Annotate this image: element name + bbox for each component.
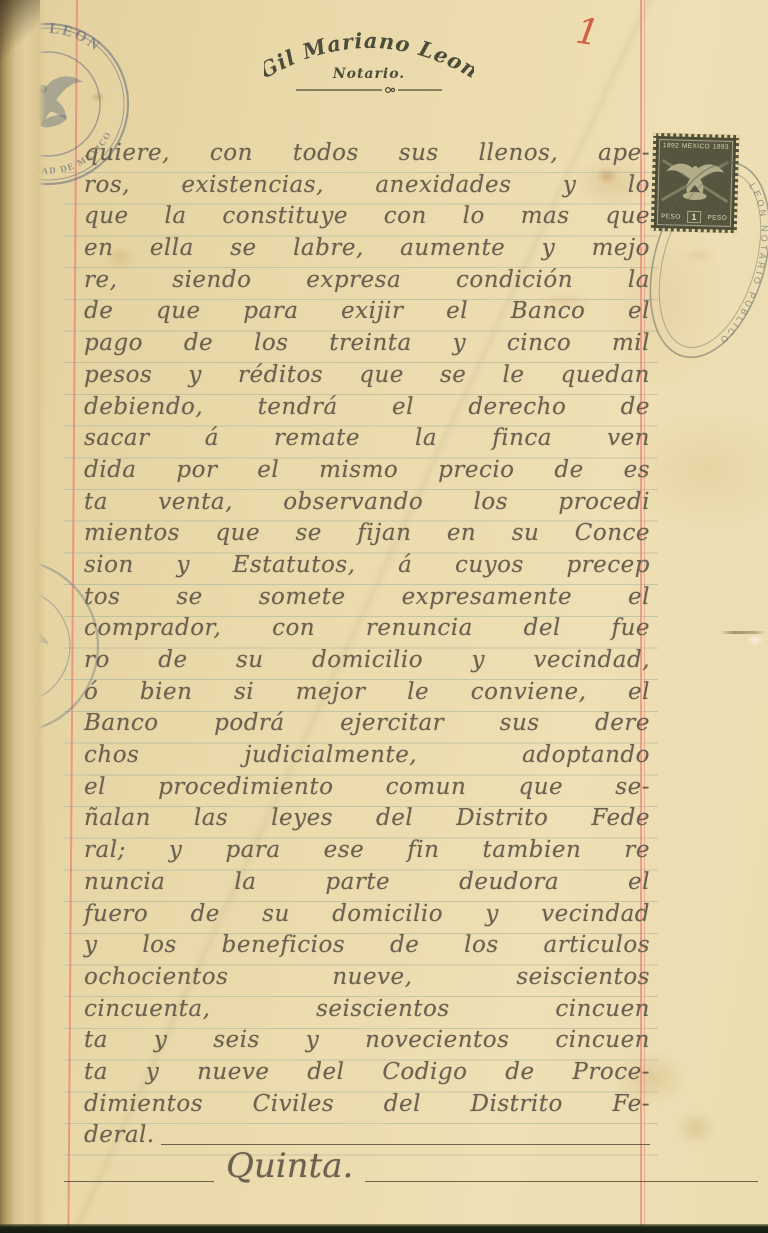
handwriting-line: en ella se labre, aumente y mejo [84, 233, 650, 265]
handwriting-line: cincuenta, seiscientos cincuen [84, 994, 650, 1026]
handwriting-line: fuero de su domicilio y vecindad [84, 899, 650, 931]
handwriting-line: sacar á remate la finca ven [84, 423, 650, 455]
handwriting-line: ro de su domicilio y vecindad, [84, 645, 650, 677]
paper-tear-notch [746, 634, 764, 646]
handwriting-line: ral; y para ese fin tambien re [84, 835, 650, 867]
ink-fill-line [365, 1175, 758, 1182]
handwriting-line: ta y seis y novecientos cincuen [84, 1025, 650, 1057]
handwriting-line: pago de los treinta y cinco mil [84, 328, 650, 360]
handwriting-line: chos judicialmente, adoptando [84, 740, 650, 772]
handwriting-line: re, siendo expresa condición la [84, 265, 650, 297]
handwriting-line: ta venta, observando los procedi [84, 487, 650, 519]
handwriting-line: debiendo, tendrá el derecho de [84, 392, 650, 424]
ink-fill-line [64, 1175, 214, 1182]
cancellation-text: LEON NOTARIO PUBLICO [703, 179, 768, 352]
handwriting-line: comprador, con renuncia del fue [84, 613, 650, 645]
handwriting-line: ros, existencias, anexidades y lo [84, 170, 650, 202]
handwriting-line: de que para exijir el Banco el [84, 296, 650, 328]
handwriting-line: ñalan las leyes del Distrito Fede [84, 803, 650, 835]
handwriting-line: nuncia la parte deudora el [84, 867, 650, 899]
handwriting-line: dida por el mismo precio de es [84, 455, 650, 487]
handwriting-line: sion y Estatutos, á cuyos precep [84, 550, 650, 582]
notary-title: Notario. [332, 66, 405, 82]
handwriting-line: quiere, con todos sus llenos, ape- [84, 138, 650, 170]
page-corner-shadow [0, 0, 40, 60]
handwriting-line: y los beneficios de los articulos [84, 930, 650, 962]
handwriting-line: ta y nueve del Codigo de Proce- [84, 1057, 650, 1089]
scanned-notarial-page: Gil Mariano Leon Notario. 1 MARIANO LEON… [0, 0, 768, 1233]
letterhead: Gil Mariano Leon Notario. [264, 8, 474, 100]
handwritten-body: quiere, con todos sus llenos, ape- ros, … [84, 138, 650, 1152]
handwriting-line: mientos que se fijan en su Conce [84, 518, 650, 550]
scan-bottom-edge [0, 1224, 768, 1233]
page-left-edge [0, 0, 46, 1233]
handwriting-line: que la constituye con lo mas que [84, 201, 650, 233]
handwriting-line: tos se somete expresamente el [84, 582, 650, 614]
handwriting-line: pesos y réditos que se le quedan [84, 360, 650, 392]
handwriting-line: el procedimiento comun que se- [84, 772, 650, 804]
handwriting-line: dimientos Civiles del Distrito Fe- [84, 1089, 650, 1121]
handwriting-line: Banco podrá ejercitar sus dere [84, 708, 650, 740]
section-heading: Quinta. [214, 1146, 365, 1186]
divider-ornament [296, 88, 442, 93]
handwriting-line: ó bien si mejor le conviene, el [84, 677, 650, 709]
section-heading-row: Quinta. [64, 1142, 758, 1186]
handwriting-line: ochocientos nueve, seiscientos [84, 962, 650, 994]
